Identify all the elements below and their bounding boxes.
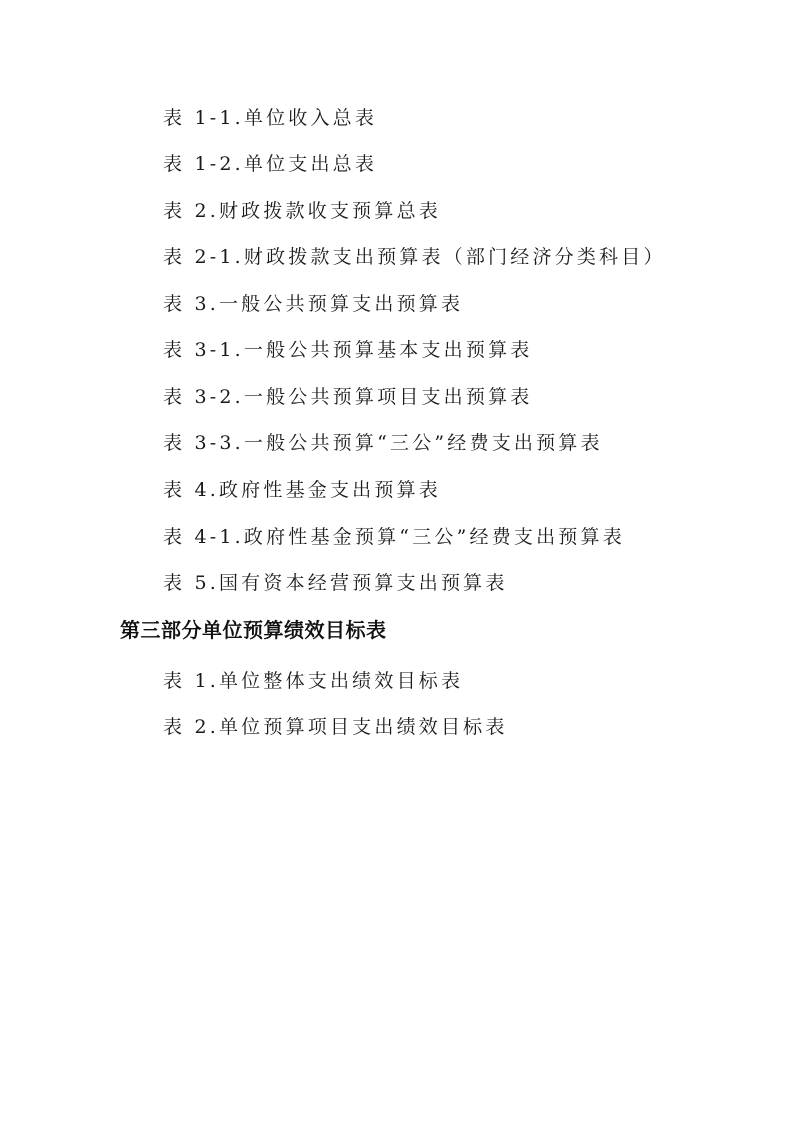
toc-item-table-3-2: 表 3-2.一般公共预算项目支出预算表	[163, 385, 532, 409]
toc-item-table-3-1: 表 3-1.一般公共预算基本支出预算表	[163, 338, 532, 362]
toc-item-perf-table-1: 表 1.单位整体支出绩效目标表	[163, 669, 463, 693]
toc-item-table-1-1: 表 1-1.单位收入总表	[163, 106, 377, 130]
toc-item-table-1-2: 表 1-2.单位支出总表	[163, 152, 377, 176]
toc-item-table-4-1: 表 4-1.政府性基金预算“三公”经费支出预算表	[163, 525, 625, 549]
toc-item-table-3: 表 3.一般公共预算支出预算表	[163, 292, 463, 316]
toc-item-perf-table-2: 表 2.单位预算项目支出绩效目标表	[163, 715, 508, 739]
toc-item-table-2-1: 表 2-1.财政拨款支出预算表（部门经济分类科目）	[163, 245, 666, 269]
toc-item-table-2: 表 2.财政拨款收支预算总表	[163, 199, 441, 223]
document-page: 表 1-1.单位收入总表 表 1-2.单位支出总表 表 2.财政拨款收支预算总表…	[0, 0, 793, 1122]
toc-item-table-5: 表 5.国有资本经营预算支出预算表	[163, 571, 508, 595]
section-heading-part3: 第三部分单位预算绩效目标表	[120, 617, 387, 643]
toc-item-table-4: 表 4.政府性基金支出预算表	[163, 478, 441, 502]
toc-item-table-3-3: 表 3-3.一般公共预算“三公”经费支出预算表	[163, 431, 603, 455]
